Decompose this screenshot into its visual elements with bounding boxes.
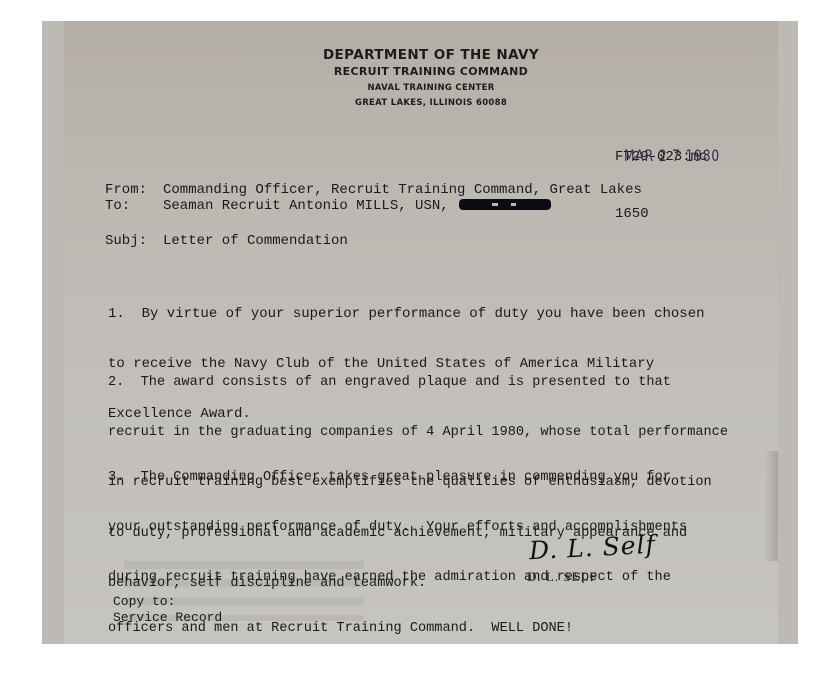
redacted-service-number — [459, 199, 551, 210]
document-photo: DEPARTMENT OF THE NAVY RECRUIT TRAINING … — [42, 21, 798, 644]
to-label: To: — [105, 198, 163, 214]
letterhead-command: RECRUIT TRAINING COMMAND — [84, 64, 778, 80]
letterhead-center: NAVAL TRAINING CENTER — [84, 80, 778, 96]
paragraph-line: 1. By virtue of your superior performanc… — [108, 306, 705, 323]
typed-signer-name: D. L. SELF — [527, 569, 598, 585]
date-stamp: MAR 2 7 1980 — [624, 146, 720, 165]
paragraph-line: 2. The award consists of an engraved pla… — [108, 375, 728, 392]
paragraph-line: 3. The Commanding Officer takes great pl… — [108, 470, 687, 487]
to-value: Seaman Recruit Antonio MILLS, USN, — [163, 198, 449, 214]
reference-number: 1650 — [615, 205, 707, 224]
to-line: To:Seaman Recruit Antonio MILLS, USN, — [105, 198, 551, 214]
from-label: From: — [105, 182, 163, 198]
subject-label: Subj: — [105, 233, 163, 249]
copy-to-label: Copy to: — [113, 594, 175, 610]
from-line: From:Commanding Officer, Recruit Trainin… — [105, 182, 642, 198]
letterhead-address: GREAT LAKES, ILLINOIS 60088 — [84, 96, 778, 110]
subject-line: Subj:Letter of Commendation — [105, 233, 348, 249]
from-value: Commanding Officer, Recruit Training Com… — [163, 182, 642, 198]
letterhead: DEPARTMENT OF THE NAVY RECRUIT TRAINING … — [84, 46, 778, 110]
copy-to-recipient: Service Record — [113, 610, 222, 626]
letter-paper: DEPARTMENT OF THE NAVY RECRUIT TRAINING … — [64, 21, 778, 644]
subject-value: Letter of Commendation — [163, 233, 348, 249]
letterhead-department: DEPARTMENT OF THE NAVY — [84, 46, 778, 64]
